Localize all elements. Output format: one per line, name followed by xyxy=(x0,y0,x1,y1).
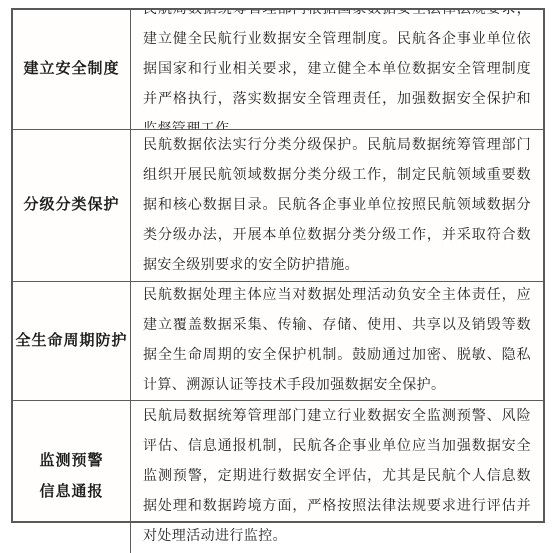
table-row: 分级分类保护 民航数据依法实行分类分级保护。民航局数据统筹管理部门组织开展民航领… xyxy=(13,129,543,281)
table-row: 全生命周期防护 民航数据处理主体应当对数据处理活动负安全主体责任，应建立覆盖数据… xyxy=(13,281,543,400)
row-label-text: 全生命周期防护 xyxy=(15,326,127,357)
row-label: 监测预警 信息通报 xyxy=(13,401,131,531)
row-label-text: 监测预警 xyxy=(39,446,103,477)
row-label: 全生命周期防护 xyxy=(13,282,131,400)
table-row: 建立安全制度 民航局数据统筹管理部门根据国家数据安全法律法规要求，建立健全民航行… xyxy=(13,10,543,129)
row-label-text: 建立安全制度 xyxy=(23,54,119,85)
row-label-text: 分级分类保护 xyxy=(23,190,119,221)
policy-table: 建立安全制度 民航局数据统筹管理部门根据国家数据安全法律法规要求，建立健全民航行… xyxy=(11,8,545,523)
row-label: 分级分类保护 xyxy=(13,130,131,281)
row-label: 建立安全制度 xyxy=(13,10,131,129)
row-content-text: 民航局数据统筹管理部门根据国家数据安全法律法规要求，建立健全民航行业数据安全管理… xyxy=(143,10,531,129)
row-content: 民航数据依法实行分类分级保护。民航局数据统筹管理部门组织开展民航领域数据分类分级… xyxy=(131,130,543,281)
row-content: 民航局数据统筹管理部门建立行业数据安全监测预警、风险评估、信息通报机制，民航各企… xyxy=(131,401,543,531)
row-label-text: 信息通报 xyxy=(39,477,103,508)
table-row: 监测预警 信息通报 民航局数据统筹管理部门建立行业数据安全监测预警、风险评估、信… xyxy=(13,400,543,531)
row-content-text: 民航数据处理主体应当对数据处理活动负安全主体责任，应建立覆盖数据采集、传输、存储… xyxy=(143,282,531,400)
row-content-text: 民航局数据统筹管理部门建立行业数据安全监测预警、风险评估、信息通报机制，民航各企… xyxy=(143,402,531,531)
row-content: 民航数据处理主体应当对数据处理活动负安全主体责任，应建立覆盖数据采集、传输、存储… xyxy=(131,282,543,400)
row-content-text: 民航数据依法实行分类分级保护。民航局数据统筹管理部门组织开展民航领域数据分类分级… xyxy=(143,131,531,281)
row-content: 民航局数据统筹管理部门根据国家数据安全法律法规要求，建立健全民航行业数据安全管理… xyxy=(131,10,543,129)
